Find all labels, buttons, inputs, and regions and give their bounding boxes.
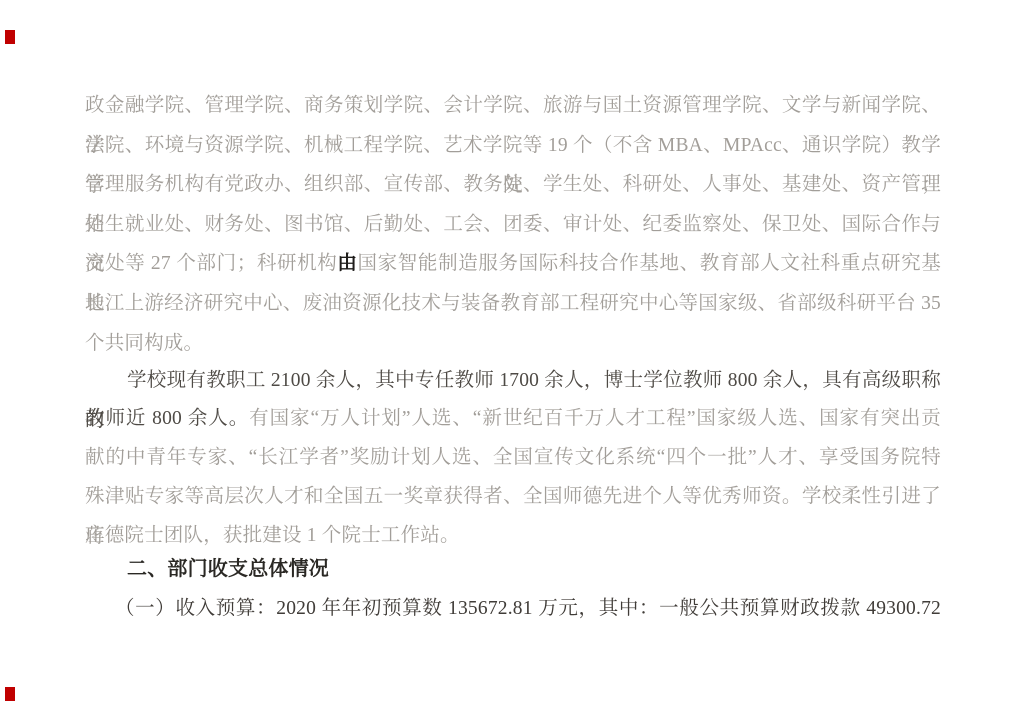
paragraph1-line6: 长江上游经济研究中心、废油资源化技术与装备教育部工程研究中心等国家级、省部级科研… bbox=[85, 284, 941, 324]
heading-text-segment: 二、部门收支总体情况 bbox=[127, 558, 329, 580]
paragraph1-line1: 政金融学院、管理学院、商务策划学院、会计学院、旅游与国土资源管理学院、文学与新闻… bbox=[85, 86, 941, 126]
budget-text-segment: （一）收入预算：2020 年年初预算数 135672.81 万元，其中：一般公共… bbox=[115, 598, 941, 619]
paragraph2-line3: 献的中青年专家、“长江学者”奖励计划人选、全国宣传文化系统“四个一批”人才、享受… bbox=[85, 438, 941, 478]
paragraph2-line1: 学校现有教职工 2100 余人，其中专任教师 1700 余人，博士学位教师 80… bbox=[85, 361, 941, 401]
document-text-body: 政金融学院、管理学院、商务策划学院、会计学院、旅游与国土资源管理学院、文学与新闻… bbox=[0, 0, 1024, 724]
section-heading: 二、部门收支总体情况 bbox=[85, 549, 941, 589]
light-text-segment: 个共同构成。 bbox=[85, 333, 203, 354]
light-text-segment: 流处等 27 个部门；科研机构 bbox=[85, 253, 337, 274]
light-text-segment: 献的中青年专家、“长江学者”奖励计划人选、全国宣传文化系统“四个一批”人才、享受… bbox=[85, 447, 941, 468]
light-text-segment: 庄德院士团队，获批建设 1 个院士工作站。 bbox=[85, 525, 460, 546]
light-text-segment: 长江上游经济研究中心、废油资源化技术与装备教育部工程研究中心等国家级、省部级科研… bbox=[85, 293, 941, 314]
budget-line: （一）收入预算：2020 年年初预算数 135672.81 万元，其中：一般公共… bbox=[85, 589, 941, 629]
paragraph1-line3: 管理服务机构有党政办、组织部、宣传部、教务处、学生处、科研处、人事处、基建处、资… bbox=[85, 165, 941, 205]
light-text-segment: 有国家“万人计划”人选、“新世纪百千万人才工程”国家级人选、国家有突出贡 bbox=[249, 408, 941, 429]
paragraph2-line4: 殊津贴专家等高层次人才和全国五一奖章获得者、全国师德先进个人等优秀师资。学校柔性… bbox=[85, 477, 941, 517]
strong-text-segment: 教师近 800 余人。 bbox=[85, 408, 249, 429]
emphasized-character: 由 bbox=[337, 253, 357, 274]
paragraph1-line7: 个共同构成。 bbox=[85, 324, 941, 364]
paragraph1-line2: 学院、环境与资源学院、机械工程学院、艺术学院等 19 个（不含 MBA、MPAc… bbox=[85, 126, 941, 166]
paragraph1-line5: 流处等 27 个部门；科研机构由国家智能制造服务国际科技合作基地、教育部人文社科… bbox=[85, 244, 941, 284]
document-page: 政金融学院、管理学院、商务策划学院、会计学院、旅游与国土资源管理学院、文学与新闻… bbox=[0, 0, 1024, 724]
paragraph1-line4: 招生就业处、财务处、图书馆、后勤处、工会、团委、审计处、纪委监察处、保卫处、国际… bbox=[85, 205, 941, 245]
paragraph2-line2: 教师近 800 余人。有国家“万人计划”人选、“新世纪百千万人才工程”国家级人选… bbox=[85, 399, 941, 439]
